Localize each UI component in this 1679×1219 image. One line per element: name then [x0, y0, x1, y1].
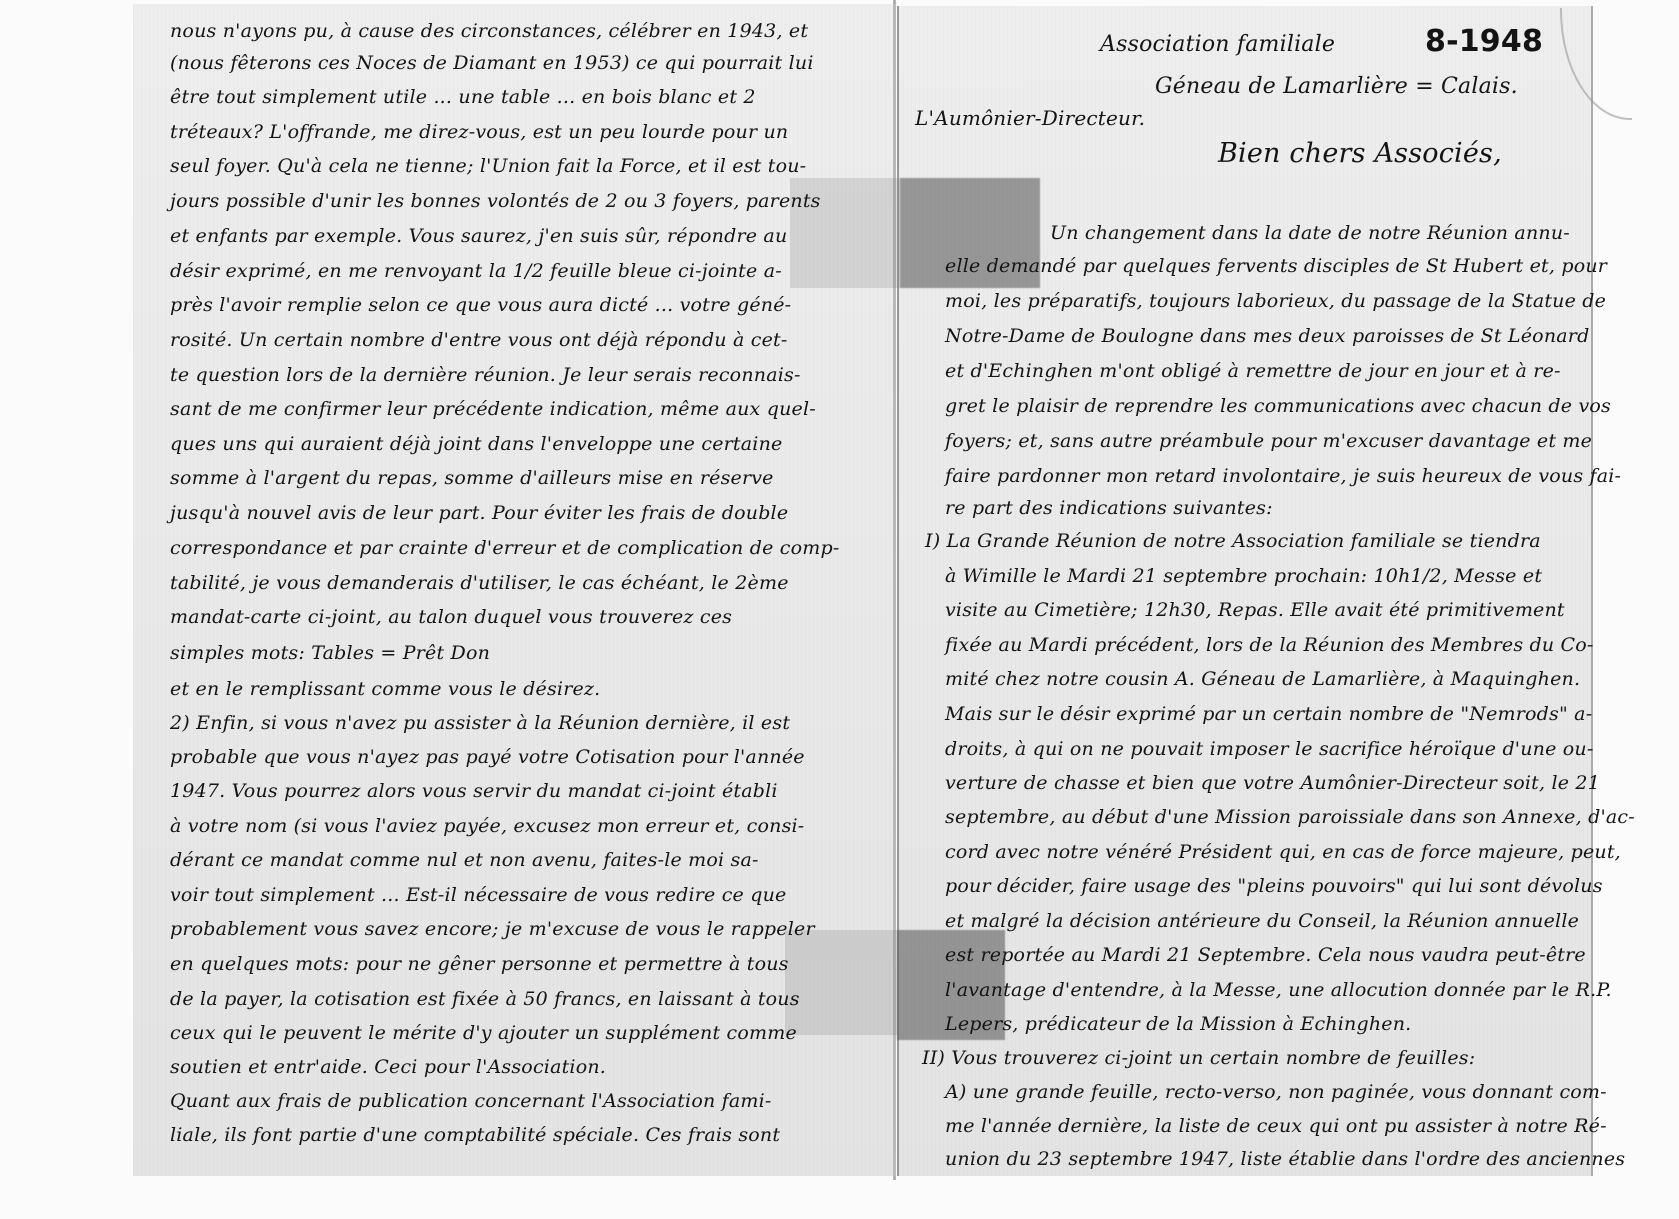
- section-heading-I: I) La Grande Réunion de notre Associatio…: [925, 530, 1541, 552]
- association-heading: Association familiale: [1100, 32, 1335, 57]
- text-line: 1947. Vous pourrez alors vous servir du …: [170, 780, 778, 802]
- text-line: correspondance et par crainte d'erreur e…: [170, 537, 839, 559]
- text-line: tabilité, je vous demanderais d'utiliser…: [170, 572, 789, 594]
- text-line: dérant ce mandat comme nul et non avenu,…: [170, 849, 759, 871]
- text-line: l'avantage d'entendre, à la Messe, une a…: [945, 979, 1612, 1001]
- text-line: être tout simplement utile ... une table…: [170, 86, 756, 108]
- text-line: union du 23 septembre 1947, liste établi…: [945, 1148, 1625, 1170]
- text-line: re part des indications suivantes:: [945, 497, 1273, 519]
- text-line: en quelques mots: pour ne gêner personne…: [170, 953, 789, 975]
- text-line: et enfants par exemple. Vous saurez, j'e…: [170, 225, 787, 247]
- family-heading: Géneau de Lamarlière = Calais.: [1155, 74, 1518, 99]
- text-line: Quant aux frais de publication concernan…: [170, 1090, 772, 1112]
- text-line: probablement vous savez encore; je m'exc…: [170, 918, 815, 940]
- text-line: (nous fêterons ces Noces de Diamant en 1…: [170, 52, 814, 74]
- text-line: seul foyer. Qu'à cela ne tienne; l'Union…: [170, 155, 806, 177]
- text-line: gret le plaisir de reprendre les communi…: [945, 395, 1611, 417]
- text-line: et d'Echinghen m'ont obligé à remettre d…: [945, 360, 1561, 382]
- text-line: est reportée au Mardi 21 Septembre. Cela…: [945, 944, 1586, 966]
- section-heading-II: II) Vous trouverez ci-joint un certain n…: [922, 1047, 1475, 1069]
- text-line: mandat-carte ci-joint, au talon duquel v…: [170, 606, 732, 628]
- text-line: et en le remplissant comme vous le désir…: [170, 678, 600, 700]
- text-line: me l'année dernière, la liste de ceux qu…: [945, 1115, 1607, 1137]
- text-line: Notre-Dame de Boulogne dans mes deux par…: [945, 325, 1589, 347]
- text-line: te question lors de la dernière réunion.…: [170, 364, 801, 386]
- text-line: soutien et entr'aide. Ceci pour l'Associ…: [170, 1056, 606, 1078]
- text-line: ceux qui le peuvent le mérite d'y ajoute…: [170, 1022, 797, 1044]
- text-line: voir tout simplement ... Est-il nécessai…: [170, 884, 786, 906]
- text-line: tréteaux? L'offrande, me direz-vous, est…: [170, 121, 788, 143]
- text-line: droits, à qui on ne pouvait imposer le s…: [945, 738, 1593, 760]
- author-line: L'Aumônier-Directeur.: [915, 106, 1145, 130]
- text-line: Un changement dans la date de notre Réun…: [1050, 222, 1570, 244]
- text-line: mité chez notre cousin A. Géneau de Lama…: [945, 668, 1580, 690]
- text-line: Mais sur le désir exprimé par un certain…: [945, 703, 1592, 725]
- text-line: probable que vous n'ayez pas payé votre …: [170, 746, 805, 768]
- text-line: de la payer, la cotisation est fixée à 5…: [170, 988, 800, 1010]
- text-line: fixée au Mardi précédent, lors de la Réu…: [945, 634, 1594, 656]
- text-line: verture de chasse et bien que votre Aumô…: [945, 772, 1600, 794]
- text-line: septembre, au début d'une Mission parois…: [945, 806, 1635, 828]
- text-line: Lepers, prédicateur de la Mission à Echi…: [945, 1013, 1411, 1035]
- text-line: visite au Cimetière; 12h30, Repas. Elle …: [945, 599, 1565, 621]
- text-line: simples mots: Tables = Prêt Don: [170, 642, 490, 664]
- salutation: Bien chers Associés,: [1218, 138, 1502, 169]
- text-line: foyers; et, sans autre préambule pour m'…: [945, 430, 1592, 452]
- tape-shadow-bottom: [785, 930, 897, 1035]
- text-line: sant de me confirmer leur précédente ind…: [170, 398, 816, 420]
- text-line: faire pardonner mon retard involontaire,…: [945, 465, 1621, 487]
- text-line: pour décider, faire usage des "pleins po…: [945, 875, 1603, 897]
- text-line: désir exprimé, en me renvoyant la 1/2 fe…: [170, 260, 782, 282]
- text-line: rosité. Un certain nombre d'entre vous o…: [170, 329, 788, 351]
- text-line: liale, ils font partie d'une comptabilit…: [170, 1124, 780, 1146]
- date-stamp: 8-1948: [1425, 24, 1543, 59]
- text-line: jours possible d'unir les bonnes volonté…: [170, 190, 821, 212]
- text-line: 2) Enfin, si vous n'avez pu assister à l…: [170, 712, 790, 734]
- text-line: nous n'ayons pu, à cause des circonstanc…: [170, 20, 808, 42]
- text-line: à votre nom (si vous l'aviez payée, excu…: [170, 815, 804, 837]
- text-line: et malgré la décision antérieure du Cons…: [945, 910, 1579, 932]
- text-line: cord avec notre vénéré Président qui, en…: [945, 841, 1621, 863]
- text-line: jusqu'à nouvel avis de leur part. Pour é…: [170, 502, 788, 524]
- text-line: somme à l'argent du repas, somme d'aille…: [170, 467, 774, 489]
- text-line: A) une grande feuille, recto-verso, non …: [945, 1081, 1607, 1103]
- text-line: moi, les préparatifs, toujours laborieux…: [945, 290, 1606, 312]
- text-line: elle demandé par quelques fervents disci…: [945, 255, 1607, 277]
- text-line: à Wimille le Mardi 21 septembre prochain…: [945, 565, 1542, 587]
- text-line: ques uns qui auraient déjà joint dans l'…: [170, 433, 782, 455]
- text-line: près l'avoir remplie selon ce que vous a…: [170, 294, 791, 316]
